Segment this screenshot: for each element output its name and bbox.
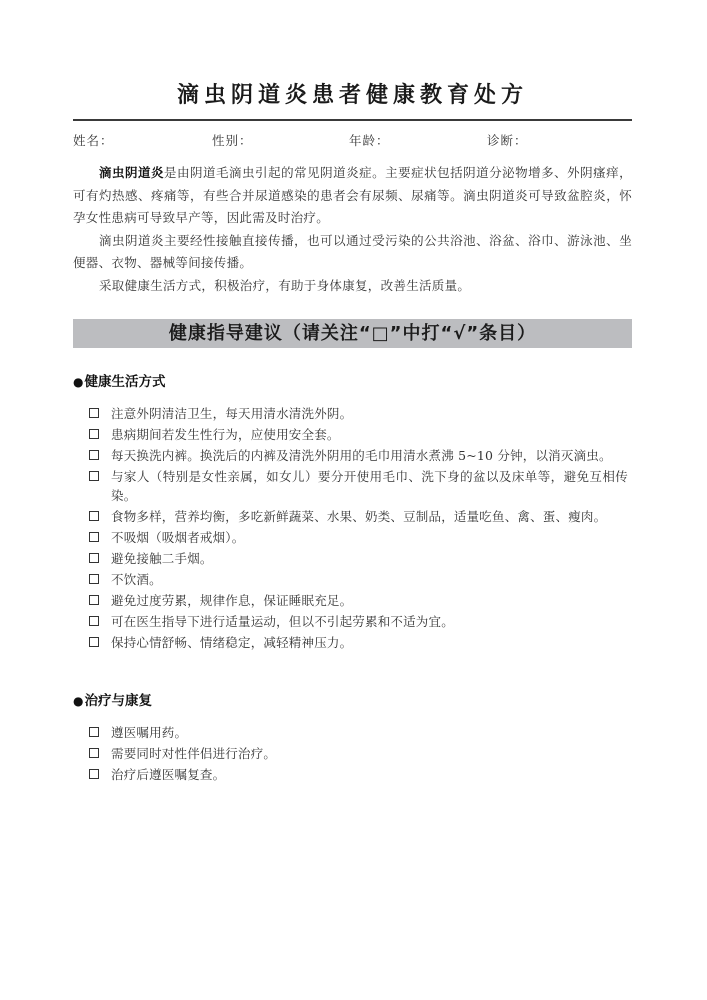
section-healthy-lifestyle: ●健康生活方式 注意外阴清洁卫生，每天用清水清洗外阴。 患病期间若发生性行为，应… (73, 372, 632, 654)
diagnosis-label: 诊断： (487, 131, 528, 149)
list-item: 避免接触二手烟。 (73, 549, 632, 568)
list-item: 注意外阴清洁卫生，每天用清水清洗外阴。 (73, 404, 632, 423)
section-treatment-recovery: ●治疗与康复 遵医嘱用药。 需要同时对性伴侣进行治疗。 治疗后遵医嘱复查。 (73, 691, 632, 786)
patient-info-row: 姓名： 性别： 年龄： 诊断： (73, 131, 632, 151)
page-title: 滴虫阴道炎患者健康教育处方 (73, 78, 632, 109)
intro-paragraph-2: 滴虫阴道炎主要经性接触直接传播，也可以通过受污染的公共浴池、浴盆、浴巾、游泳池、… (73, 230, 632, 275)
intro-text: 滴虫阴道炎是由阴道毛滴虫引起的常见阴道炎症。主要症状包括阴道分泌物增多、外阴瘙痒… (73, 162, 632, 297)
disease-name: 滴虫阴道炎 (99, 165, 164, 180)
checkbox-empty-icon[interactable] (89, 408, 99, 418)
list-item: 可在医生指导下进行适量运动，但以不引起劳累和不适为宜。 (73, 612, 632, 631)
checkbox-empty-icon[interactable] (89, 511, 99, 521)
intro-paragraph-1: 滴虫阴道炎是由阴道毛滴虫引起的常见阴道炎症。主要症状包括阴道分泌物增多、外阴瘙痒… (73, 162, 632, 230)
list-item: 避免过度劳累，规律作息，保证睡眠充足。 (73, 591, 632, 610)
section-title: ●治疗与康复 (73, 691, 632, 711)
checkbox-empty-icon[interactable] (89, 429, 99, 439)
intro-paragraph-3: 采取健康生活方式，积极治疗，有助于身体康复，改善生活质量。 (73, 275, 632, 298)
list-item: 保持心情舒畅、情绪稳定，减轻精神压力。 (73, 633, 632, 652)
checkbox-empty-icon[interactable] (89, 574, 99, 584)
list-item: 治疗后遵医嘱复查。 (73, 765, 632, 784)
list-item: 食物多样，营养均衡，多吃新鲜蔬菜、水果、奶类、豆制品，适量吃鱼、禽、蛋、瘦肉。 (73, 507, 632, 526)
checkbox-empty-icon[interactable] (89, 727, 99, 737)
list-item: 患病期间若发生性行为，应使用安全套。 (73, 425, 632, 444)
name-label: 姓名： (73, 131, 114, 149)
checkbox-empty-icon[interactable] (89, 553, 99, 563)
checkbox-empty-icon[interactable] (89, 450, 99, 460)
checklist: 注意外阴清洁卫生，每天用清水清洗外阴。 患病期间若发生性行为，应使用安全套。 每… (73, 404, 632, 652)
title-divider (73, 119, 632, 121)
list-item: 每天换洗内裤。换洗后的内裤及清洗外阴用的毛巾用清水煮沸 5~10 分钟，以消灭滴… (73, 446, 632, 465)
gender-label: 性别： (212, 131, 253, 149)
checkbox-empty-icon[interactable] (89, 748, 99, 758)
list-item: 与家人（特别是女性亲属，如女儿）要分开使用毛巾、洗下身的盆以及床单等，避免互相传… (73, 467, 632, 505)
checkbox-empty-icon[interactable] (89, 532, 99, 542)
checkbox-empty-icon[interactable] (89, 637, 99, 647)
guidance-header-bar: 健康指导建议（请关注“□”中打“√”条目） (73, 319, 632, 348)
checkbox-empty-icon[interactable] (89, 471, 99, 481)
bullet-icon: ● (73, 694, 83, 708)
checklist: 遵医嘱用药。 需要同时对性伴侣进行治疗。 治疗后遵医嘱复查。 (73, 723, 632, 784)
list-item: 不饮酒。 (73, 570, 632, 589)
checkbox-empty-icon[interactable] (89, 616, 99, 626)
section-title: ●健康生活方式 (73, 372, 632, 392)
checkbox-empty-icon[interactable] (89, 769, 99, 779)
list-item: 需要同时对性伴侣进行治疗。 (73, 744, 632, 763)
age-label: 年龄： (349, 131, 390, 149)
checkbox-empty-icon[interactable] (89, 595, 99, 605)
bullet-icon: ● (73, 375, 83, 389)
list-item: 不吸烟（吸烟者戒烟）。 (73, 528, 632, 547)
list-item: 遵医嘱用药。 (73, 723, 632, 742)
